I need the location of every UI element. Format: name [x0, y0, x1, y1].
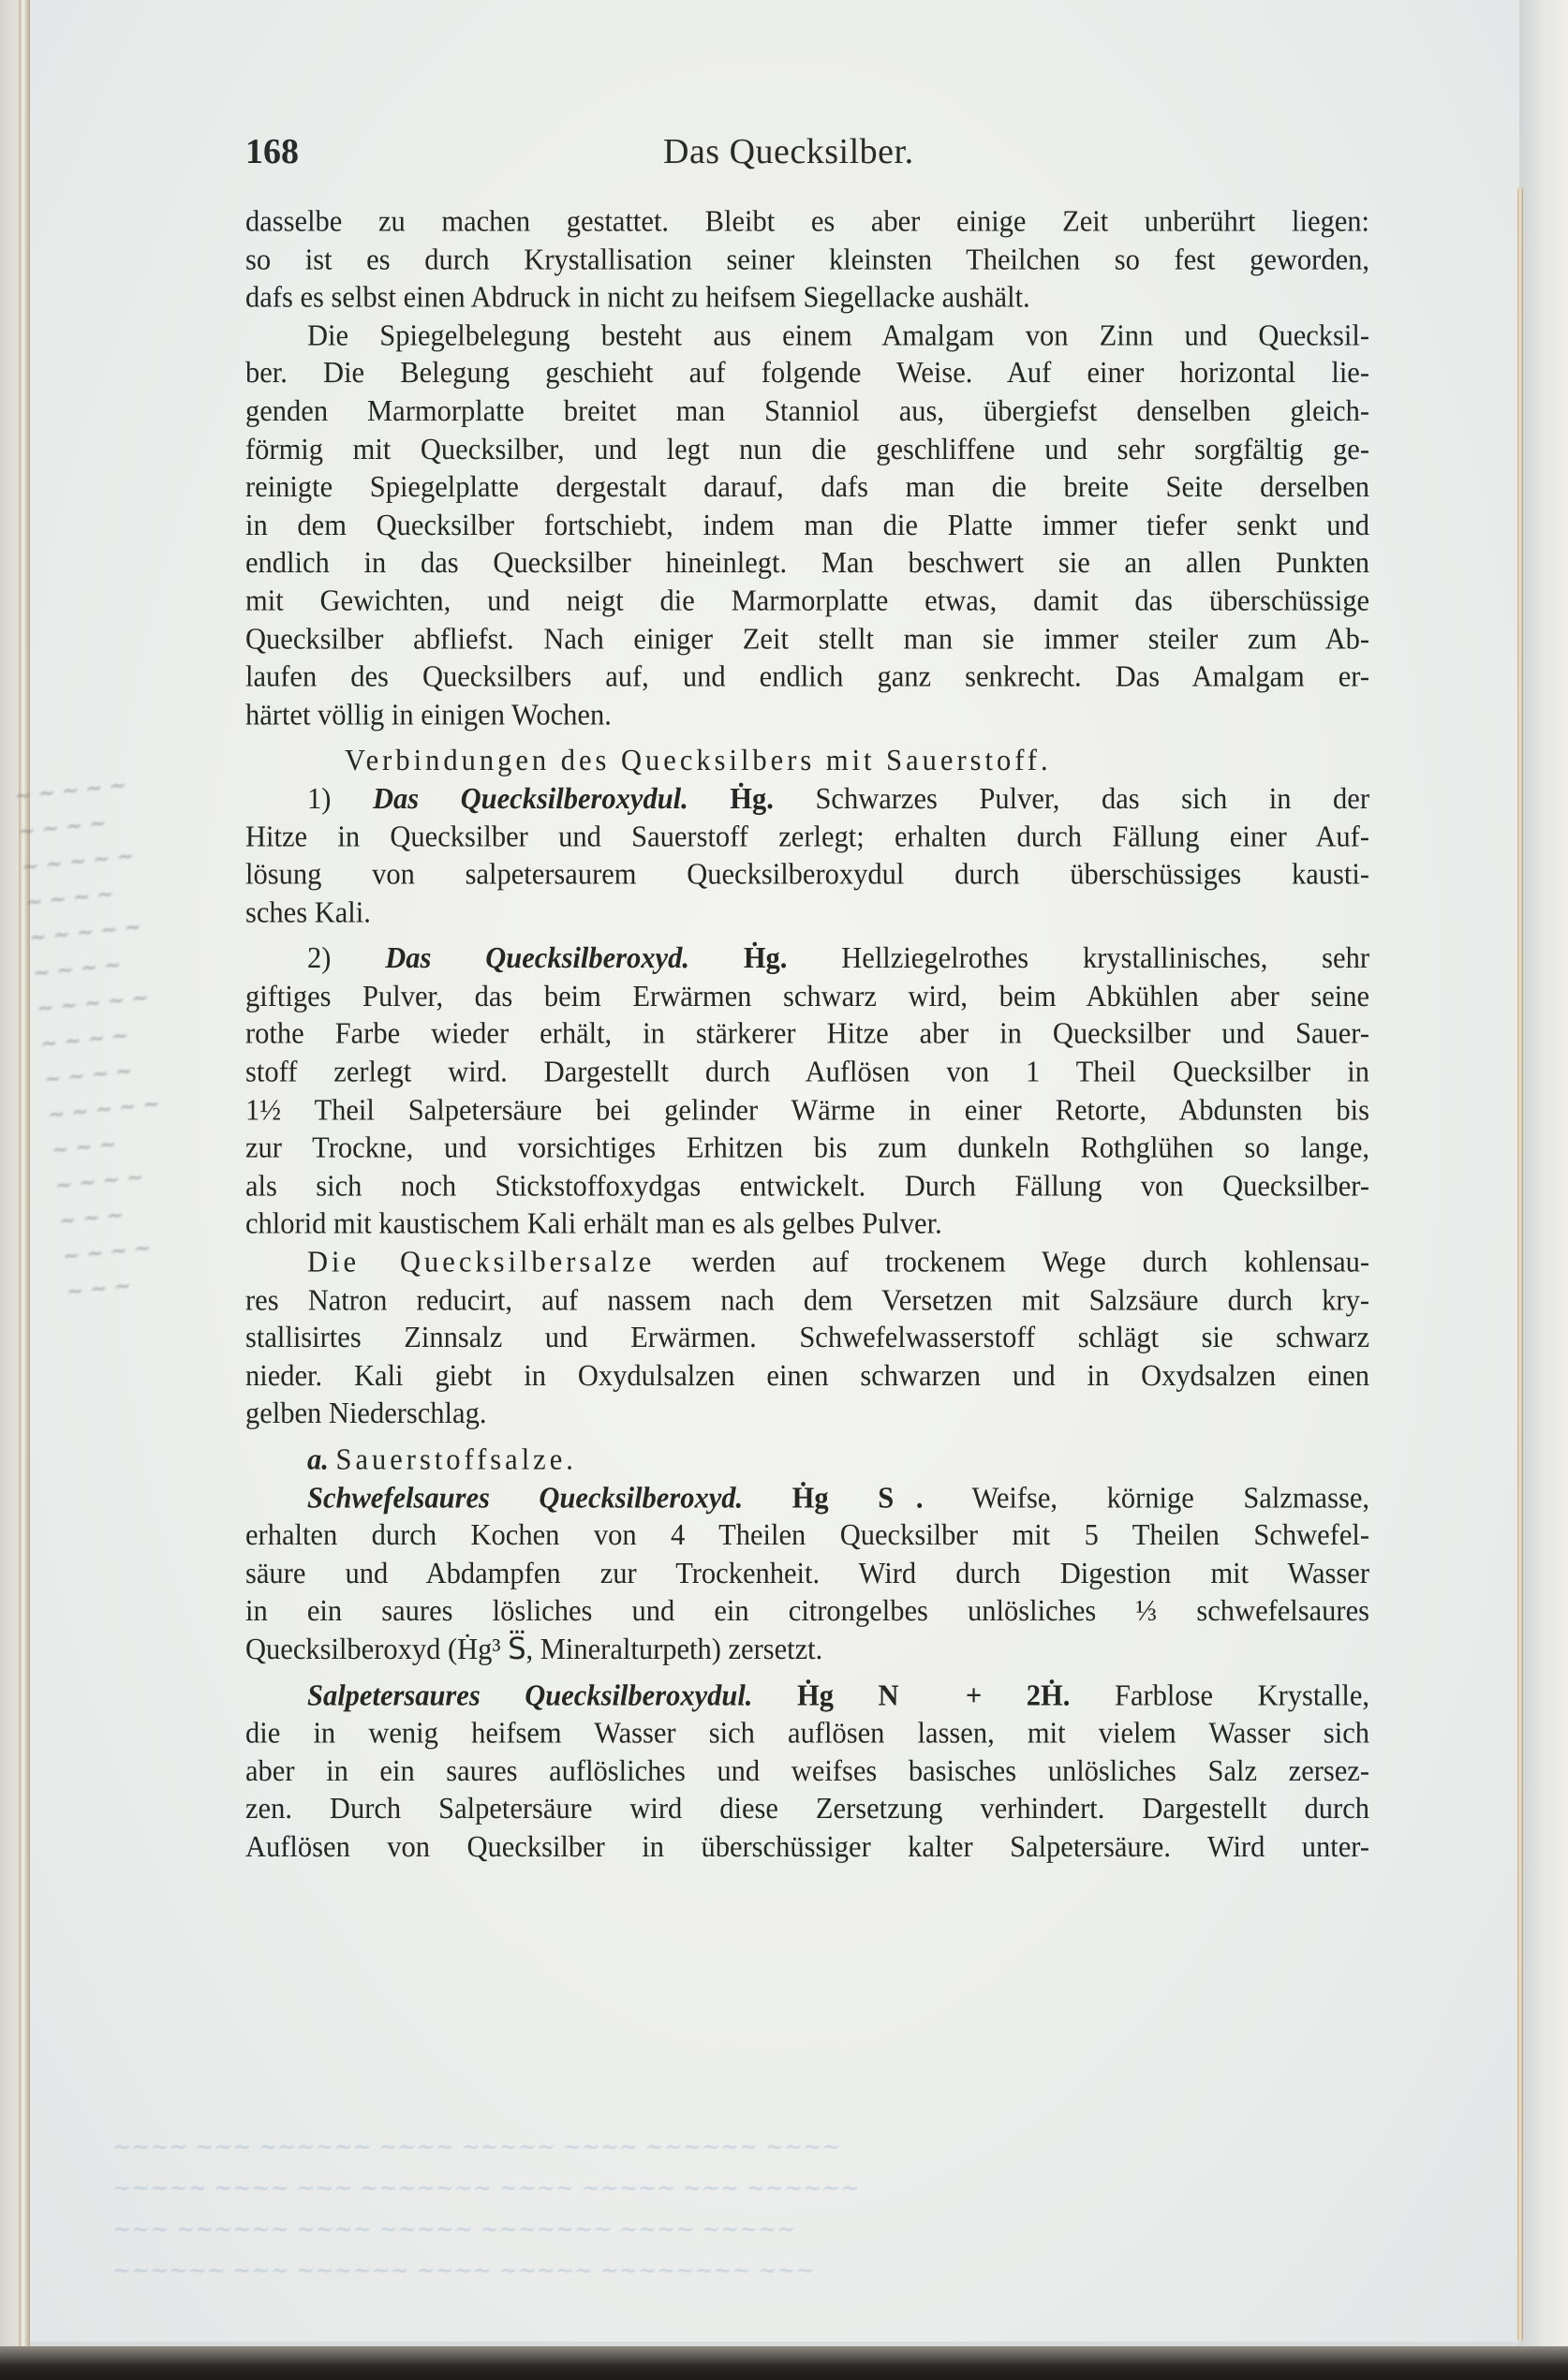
chemical-formula: Ḣg. — [730, 781, 774, 815]
compound-name: Das Quecksilberoxydul. — [373, 781, 688, 815]
sub-heading: a. Sauerstoffsalze. — [245, 1441, 1369, 1479]
text-line: Die Spiegelbelegung besteht aus einem Am… — [245, 317, 1369, 355]
paragraph: 1) Das Quecksilberoxydul. Ḣg. Schwarzes … — [245, 779, 1369, 931]
text-line: giftiges Pulver, das beim Erwärmen schwa… — [245, 977, 1369, 1015]
text-line: dafs es selbst einen Abdruck in nicht zu… — [245, 278, 1369, 317]
paragraph: Die Spiegelbelegung besteht aus einem Am… — [245, 317, 1369, 734]
text-line: stallisirtes Zinnsalz und Erwärmen. Schw… — [245, 1319, 1369, 1357]
spaced-lead: Die Quecksilbersalze — [307, 1245, 655, 1279]
compound-name: Salpetersaures Quecksilberoxydul. — [307, 1678, 752, 1712]
text-line: aber in ein saures auflösliches und weif… — [245, 1752, 1369, 1791]
line-text: werden auf trockenem Wege durch kohlensa… — [691, 1245, 1369, 1279]
line-text: Schwarzes Pulver, das sich in der — [815, 781, 1369, 815]
text-line: in ein saures lösliches und ein citronge… — [245, 1592, 1369, 1631]
running-title: Das Quecksilber. — [663, 131, 914, 172]
text-line: rothe Farbe wieder erhält, in stärkerer … — [245, 1015, 1369, 1054]
text-line: zur Trockne, und vorsichtiges Erhitzen b… — [245, 1129, 1369, 1167]
text-line: stoff zerlegt wird. Dargestellt durch Au… — [245, 1053, 1369, 1091]
text-line: Auflösen von Quecksilber in überschüssig… — [245, 1828, 1369, 1867]
text-line: in dem Quecksilber fortschiebt, indem ma… — [245, 506, 1369, 544]
text-line: 1½ Theil Salpetersäure bei gelinder Wärm… — [245, 1091, 1369, 1130]
text-line: Quecksilberoxyd (Ḣg³ S⃛, Mineralturpeth)… — [245, 1631, 1369, 1669]
text-line: die in wenig heifsem Wasser sich auflöse… — [245, 1714, 1369, 1752]
text-line: reinigte Spiegelplatte dergestalt darauf… — [245, 468, 1369, 507]
paragraph: Schwefelsaures Quecksilberoxyd. Ḣg S⃛. W… — [245, 1478, 1369, 1668]
text-line: Quecksilber abfliefst. Nach einiger Zeit… — [245, 620, 1369, 658]
text-line: nieder. Kali giebt in Oxydulsalzen einen… — [245, 1357, 1369, 1396]
body-text: dasselbe zu machen gestattet. Bleibt es … — [245, 202, 1369, 1866]
paragraph: dasselbe zu machen gestattet. Bleibt es … — [245, 202, 1369, 317]
text-line: mit Gewichten, und neigt die Marmorplatt… — [245, 582, 1369, 620]
chemical-formula: Ḣg N⃛ + 2Ḣ. — [797, 1678, 1070, 1712]
text-line: res Natron reducirt, auf nassem nach dem… — [245, 1280, 1369, 1319]
line-text: Farblose Krystalle, — [1115, 1678, 1369, 1712]
text-line: Die Quecksilbersalze werden auf trockene… — [245, 1243, 1369, 1281]
section-heading: Verbindungen des Quecksilbers mit Sauers… — [245, 742, 1369, 780]
paragraph: Salpetersaures Quecksilberoxydul. Ḣg N⃛ … — [245, 1676, 1369, 1866]
page-number: 168 — [245, 131, 299, 172]
section-heading-text: Verbindungen des Quecksilbers mit Sauers… — [245, 742, 1369, 780]
next-page-edge — [1519, 0, 1568, 2380]
text-line: gelben Niederschlag. — [245, 1395, 1369, 1433]
page-header: 168 Das Quecksilber. — [245, 131, 1369, 187]
text-line: sches Kali. — [245, 894, 1369, 932]
text-line: Salpetersaures Quecksilberoxydul. Ḣg N⃛ … — [245, 1676, 1369, 1714]
text-line: laufen des Quecksilbers auf, und endlich… — [245, 658, 1369, 696]
chemical-formula: Ḣg S⃛. — [792, 1481, 924, 1515]
text-line: lösung von salpetersaurem Quecksilberoxy… — [245, 855, 1369, 894]
line-text: Weifse, körnige Salzmasse, — [972, 1481, 1369, 1515]
compound-name: Schwefelsaures Quecksilberoxyd. — [307, 1481, 743, 1515]
sub-heading-label: a. — [307, 1442, 329, 1476]
sub-heading-text: Sauerstoffsalze. — [336, 1442, 577, 1476]
text-line: härtet völlig in einigen Wochen. — [245, 696, 1369, 734]
paragraph: Die Quecksilbersalze werden auf trockene… — [245, 1243, 1369, 1433]
bleed-through-handwriting: ~~~~ ~~~ ~~~~~~ ~~~~ ~~~~~ ~~~~ ~~~~~~ ~… — [112, 2126, 1424, 2323]
item-label: 2) — [307, 941, 331, 975]
page-fold — [1517, 187, 1523, 2342]
text-line: zen. Durch Salpetersäure wird diese Zers… — [245, 1790, 1369, 1828]
text-line: 1) Das Quecksilberoxydul. Ḣg. Schwarzes … — [245, 779, 1369, 818]
sub-heading-line: a. Sauerstoffsalze. — [245, 1441, 1369, 1479]
page-binding — [19, 0, 30, 2380]
facing-page-edge — [0, 0, 19, 2380]
binding-shadow — [0, 2346, 1568, 2380]
chemical-formula: Ḣg. — [744, 941, 788, 975]
text-line: förmig mit Quecksilber, und legt nun die… — [245, 430, 1369, 468]
text-line: Hitze in Quecksilber und Sauerstoff zerl… — [245, 818, 1369, 856]
text-line: genden Marmorplatte breitet man Stanniol… — [245, 392, 1369, 431]
text-line: 2) Das Quecksilberoxyd. Ḣg. Hellziegelro… — [245, 939, 1369, 978]
line-text: Hellziegelrothes krystallinisches, sehr — [841, 941, 1369, 975]
text-line: als sich noch Stickstoffoxydgas entwicke… — [245, 1167, 1369, 1205]
text-line: so ist es durch Krystallisation seiner k… — [245, 241, 1369, 279]
compound-name: Das Quecksilberoxyd. — [385, 941, 689, 975]
text-line: dasselbe zu machen gestattet. Bleibt es … — [245, 202, 1369, 241]
text-line: erhalten durch Kochen von 4 Theilen Quec… — [245, 1516, 1369, 1555]
item-label: 1) — [307, 781, 331, 815]
text-line: säure und Abdampfen zur Trockenheit. Wir… — [245, 1555, 1369, 1593]
text-line: Schwefelsaures Quecksilberoxyd. Ḣg S⃛. W… — [245, 1478, 1369, 1516]
text-line: endlich in das Quecksilber hineinlegt. M… — [245, 544, 1369, 583]
text-line: chlorid mit kaustischem Kali erhält man … — [245, 1205, 1369, 1243]
text-line: ber. Die Belegung geschieht auf folgende… — [245, 354, 1369, 392]
paragraph: 2) Das Quecksilberoxyd. Ḣg. Hellziegelro… — [245, 939, 1369, 1243]
